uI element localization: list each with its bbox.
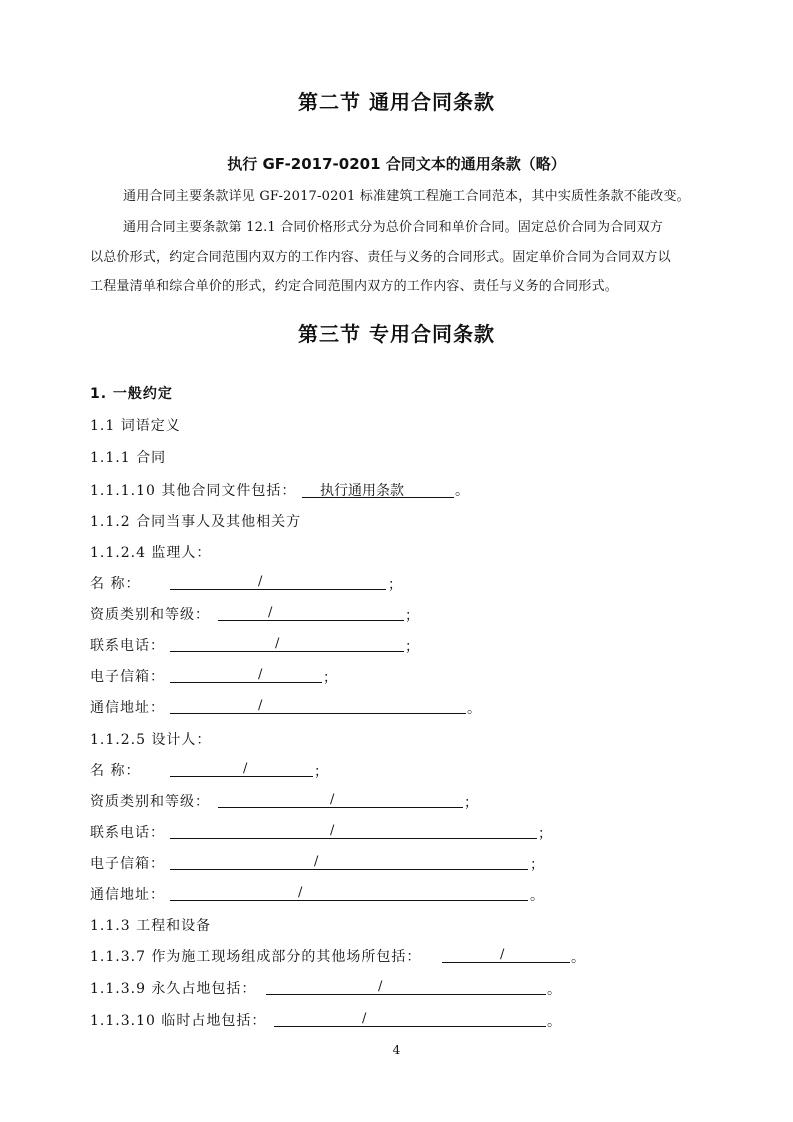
end-punct: 。: [571, 947, 585, 967]
section-title-general-terms: 第二节 通用合同条款: [0, 86, 793, 115]
section-subtitle: 执行 GF-2017-0201 合同文本的通用条款（略）: [0, 153, 793, 174]
heading-parties: 1.1.2 合同当事人及其他相关方: [90, 511, 301, 531]
designer-phone-label: 联系电话：: [90, 822, 165, 842]
field-value: /: [314, 854, 318, 869]
other-documents-field[interactable]: 执行通用条款: [302, 480, 454, 498]
paragraph-1: 通用合同主要条款详见 GF-2017-0201 标准建筑工程施工合同范本，其中实…: [123, 185, 690, 204]
other-site-places-field[interactable]: /: [442, 948, 570, 963]
end-punct: ；: [314, 761, 328, 781]
end-punct: ；: [323, 667, 337, 687]
designer-phone-field[interactable]: /: [170, 824, 537, 839]
end-punct: 。: [455, 480, 469, 500]
field-value: /: [243, 761, 247, 776]
supervisor-address-field[interactable]: /: [170, 699, 466, 714]
supervisor-address-label: 通信地址：: [90, 697, 165, 717]
designer-address-label: 通信地址：: [90, 884, 165, 904]
field-value: /: [500, 947, 504, 962]
end-punct: 。: [547, 1011, 561, 1031]
supervisor-phone-label: 联系电话：: [90, 635, 165, 655]
heading-designer: 1.1.2.5 设计人：: [90, 729, 211, 749]
designer-qualification-label: 资质类别和等级：: [90, 791, 210, 811]
end-punct: ；: [464, 792, 478, 812]
field-value: /: [330, 823, 334, 838]
permanent-land-field[interactable]: /: [266, 980, 546, 995]
field-value: /: [378, 979, 382, 994]
item-temporary-land-label: 1.1.3.10 临时占地包括：: [90, 1010, 266, 1030]
designer-email-field[interactable]: /: [170, 855, 528, 870]
designer-name-field[interactable]: /: [170, 762, 313, 777]
field-value: 执行通用条款: [320, 480, 404, 500]
end-punct: ；: [405, 605, 419, 625]
field-value: /: [362, 1011, 366, 1026]
designer-address-field[interactable]: /: [170, 886, 528, 901]
field-value: /: [258, 667, 262, 682]
heading-contract: 1.1.1 合同: [90, 447, 166, 467]
designer-name-label: 名 称：: [90, 760, 140, 780]
field-value: /: [298, 885, 302, 900]
paragraph-2-line-3: 工程量清单和综合单价的形式，约定合同范围内双方的工作内容、责任与义务的合同形式。: [90, 275, 618, 294]
item-permanent-land-label: 1.1.3.9 永久占地包括：: [90, 978, 256, 998]
temporary-land-field[interactable]: /: [274, 1012, 546, 1027]
supervisor-name-field[interactable]: /: [170, 575, 386, 590]
supervisor-name-label: 名 称：: [90, 573, 140, 593]
field-value: /: [268, 605, 272, 620]
end-punct: 。: [547, 979, 561, 999]
field-value: /: [275, 636, 279, 651]
section-title-special-terms: 第三节 专用合同条款: [0, 318, 793, 347]
item-other-site-places-label: 1.1.3.7 作为施工现场组成部分的其他场所包括：: [90, 946, 421, 966]
paragraph-2-line-1: 通用合同主要条款第 12.1 合同价格形式分为总价合同和单价合同。固定总价合同为…: [123, 216, 663, 235]
item-other-contract-documents: 1.1.1.10 其他合同文件包括：: [90, 480, 296, 500]
end-punct: ；: [538, 823, 552, 843]
supervisor-qualification-label: 资质类别和等级：: [90, 604, 210, 624]
field-value: /: [258, 698, 262, 713]
supervisor-email-label: 电子信箱：: [90, 666, 165, 686]
paragraph-2-line-2: 以总价形式，约定合同范围内双方的工作内容、责任与义务的合同形式。固定单价合同为合…: [90, 246, 671, 265]
supervisor-qualification-field[interactable]: /: [218, 606, 404, 621]
heading-works-equipment: 1.1.3 工程和设备: [90, 915, 211, 935]
heading-supervisor: 1.1.2.4 监理人：: [90, 542, 211, 562]
end-punct: ；: [388, 574, 402, 594]
designer-qualification-field[interactable]: /: [218, 793, 463, 808]
end-punct: 。: [467, 698, 481, 718]
field-value: /: [258, 574, 262, 589]
end-punct: ；: [405, 636, 419, 656]
end-punct: ；: [530, 854, 544, 874]
end-punct: 。: [530, 885, 544, 905]
heading-definitions: 1.1 词语定义: [90, 415, 181, 435]
designer-email-label: 电子信箱：: [90, 853, 165, 873]
supervisor-phone-field[interactable]: /: [170, 637, 404, 652]
heading-general-agreement: 1. 一般约定: [90, 383, 173, 403]
field-value: /: [330, 792, 334, 807]
supervisor-email-field[interactable]: /: [170, 668, 322, 683]
page-number: 4: [0, 1043, 793, 1057]
item-label: 1.1.1.10 其他合同文件包括：: [90, 483, 296, 499]
